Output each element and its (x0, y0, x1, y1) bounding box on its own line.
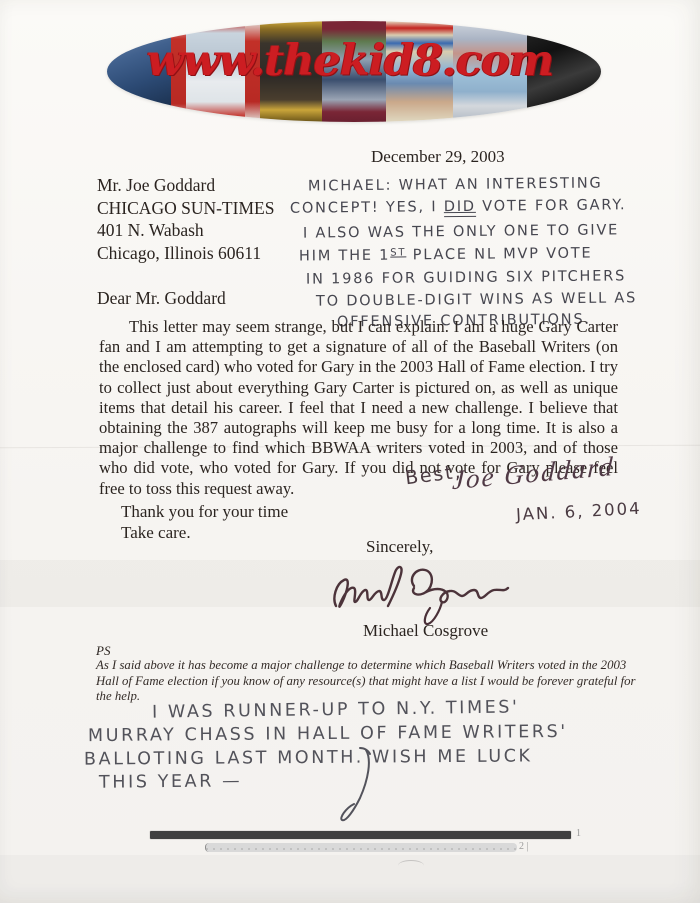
note-text: HIM THE 1 (299, 248, 390, 265)
sender-printed-name: Michael Cosgrove (363, 621, 488, 641)
superscript-st: ST (390, 247, 406, 258)
handwritten-bottom-line: I WAS RUNNER-UP TO N.Y. TIMES' (152, 697, 520, 722)
handwritten-note-line: IN 1986 FOR GUIDING SIX PITCHERS (306, 268, 626, 287)
handwritten-note-line: MICHAEL: WHAT AN INTERESTING (308, 175, 603, 194)
site-url-text: www.thekid8.com (0, 36, 700, 86)
redaction-bar-mark: 2 | (519, 841, 529, 852)
handwritten-bottom-line: THIS YEAR — (99, 771, 242, 792)
handwritten-note-line: CONCEPT! YES, I DID VOTE FOR GARY. (290, 197, 627, 217)
letter-date: December 29, 2003 (371, 147, 505, 167)
underlined-word-did: DID (444, 199, 476, 217)
note-text: VOTE FOR GARY. (476, 197, 627, 215)
handwritten-note-line: I ALSO WAS THE ONLY ONE TO GIVE (303, 222, 619, 241)
handwritten-bottom-line: BALLOTING LAST MONTH. WISH ME LUCK (84, 746, 533, 769)
closing-line: Take care. (121, 522, 288, 543)
scan-shadow-band (0, 855, 700, 903)
recipient-organization: CHICAGO SUN-TIMES (97, 197, 274, 220)
redaction-bar-dark (150, 831, 571, 839)
handwritten-initial-j (336, 746, 382, 824)
recipient-name: Mr. Joe Goddard (97, 174, 274, 197)
scanned-letter-page: www.thekid8.com December 29, 2003 Mr. Jo… (0, 0, 700, 903)
closing-lines: Thank you for your time Take care. (121, 501, 288, 543)
handwritten-reply-date: JAN. 6, 2004 (516, 499, 643, 525)
closing-line: Thank you for your time (121, 501, 288, 522)
redaction-bar-light (205, 843, 517, 852)
sign-off: Sincerely, (366, 537, 433, 557)
ps-text: As I said above it has become a major ch… (96, 658, 643, 705)
redaction-bar-mark: 1 (576, 828, 581, 839)
note-text: CONCEPT! YES, I (290, 199, 444, 217)
handwritten-bottom-line: MURRAY CHASS IN HALL OF FAME WRITERS' (88, 722, 568, 746)
salutation: Dear Mr. Goddard (97, 288, 226, 309)
recipient-address-block: Mr. Joe Goddard CHICAGO SUN-TIMES 401 N.… (97, 174, 274, 264)
handwritten-note-line: HIM THE 1ST PLACE NL MVP VOTE (299, 245, 593, 264)
ps-label: PS (96, 643, 110, 659)
handwritten-note-line: TO DOUBLE-DIGIT WINS AS WELL AS (316, 290, 637, 309)
scan-shadow-band (0, 560, 700, 607)
note-text: PLACE NL MVP VOTE (406, 245, 592, 263)
recipient-street: 401 N. Wabash (97, 219, 274, 242)
recipient-city: Chicago, Illinois 60611 (97, 242, 274, 265)
scan-smudge (398, 860, 424, 871)
